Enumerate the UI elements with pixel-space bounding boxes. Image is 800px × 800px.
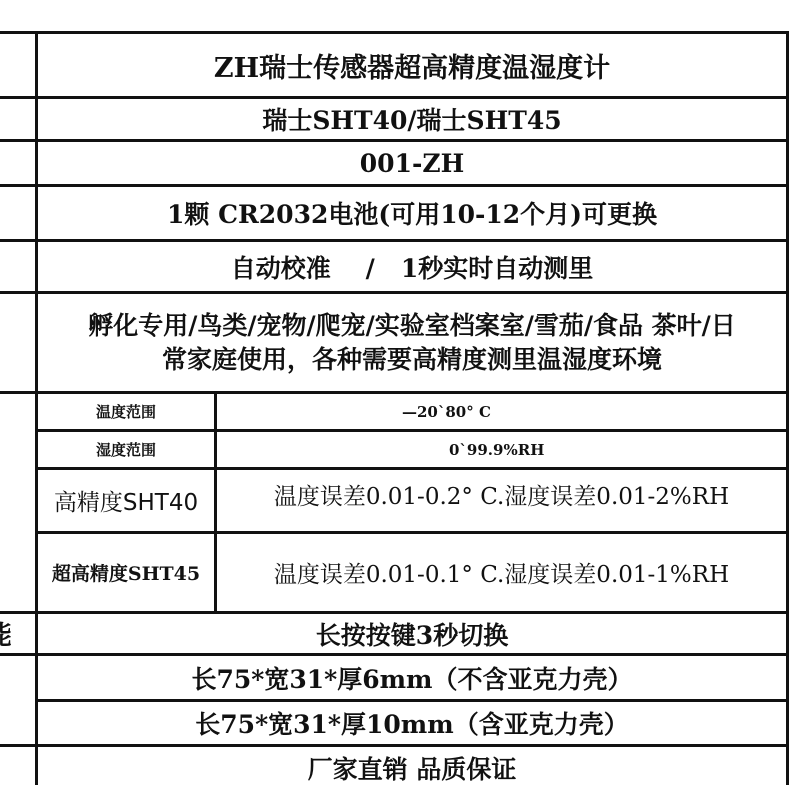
size-no-case: 长75*宽31*厚6mm（不含亚克力壳） (38, 656, 786, 699)
calibration-text: 自动校准 / 1秒实时自动测里 (231, 249, 593, 285)
calibration-info: 自动校准 / 1秒实时自动测里 (38, 242, 786, 291)
usage-line-1: 孵化专用/鸟类/宠物/爬宠/实验室档案室/雪茄/食品 茶叶/日 (88, 309, 736, 343)
model-number: 001-ZH (38, 142, 786, 184)
humidity-range-value: 0`99.9%RH (217, 432, 786, 467)
sht40-label: 高精度SHT40 (38, 470, 214, 531)
sht45-accuracy: 温度误差0.01-0.1° C.湿度误差0.01-1%RH (217, 534, 786, 611)
temp-range-label: 温度范围 (38, 394, 214, 429)
humidity-range-label: 湿度范围 (38, 432, 214, 467)
size-with-case: 长75*宽31*厚10mm（含亚克力壳） (38, 702, 786, 744)
spec-table: ZH瑞士传感器超高精度温湿度计 瑞士SHT40/瑞士SHT45 001-ZH 1… (0, 0, 800, 800)
usage-line-2: 常家庭使用，各种需要高精度测里温湿度环境 (162, 343, 662, 377)
sht40-accuracy: 温度误差0.01-0.2° C.湿度误差0.01-2%RH (217, 470, 786, 518)
temp-range-value: —20`80° C (217, 394, 786, 429)
product-name: ZH瑞士传感器超高精度温湿度计 (38, 34, 786, 96)
sht45-label: 超高精度SHT45 (38, 534, 214, 611)
sales-info: 厂家直销 品质保证 (38, 747, 786, 789)
battery-info: 1颗 CR2032电池(可用10-12个月)可更换 (38, 187, 786, 239)
function-info: 长按按键3秒切换 (38, 614, 786, 653)
function-label-partial: 能 (0, 614, 35, 653)
table-border-right (786, 31, 789, 785)
sensor-model: 瑞士SHT40/瑞士SHT45 (38, 99, 786, 139)
usage-info: 孵化专用/鸟类/宠物/爬宠/实验室档案室/雪茄/食品 茶叶/日 常家庭使用，各种… (38, 294, 786, 391)
